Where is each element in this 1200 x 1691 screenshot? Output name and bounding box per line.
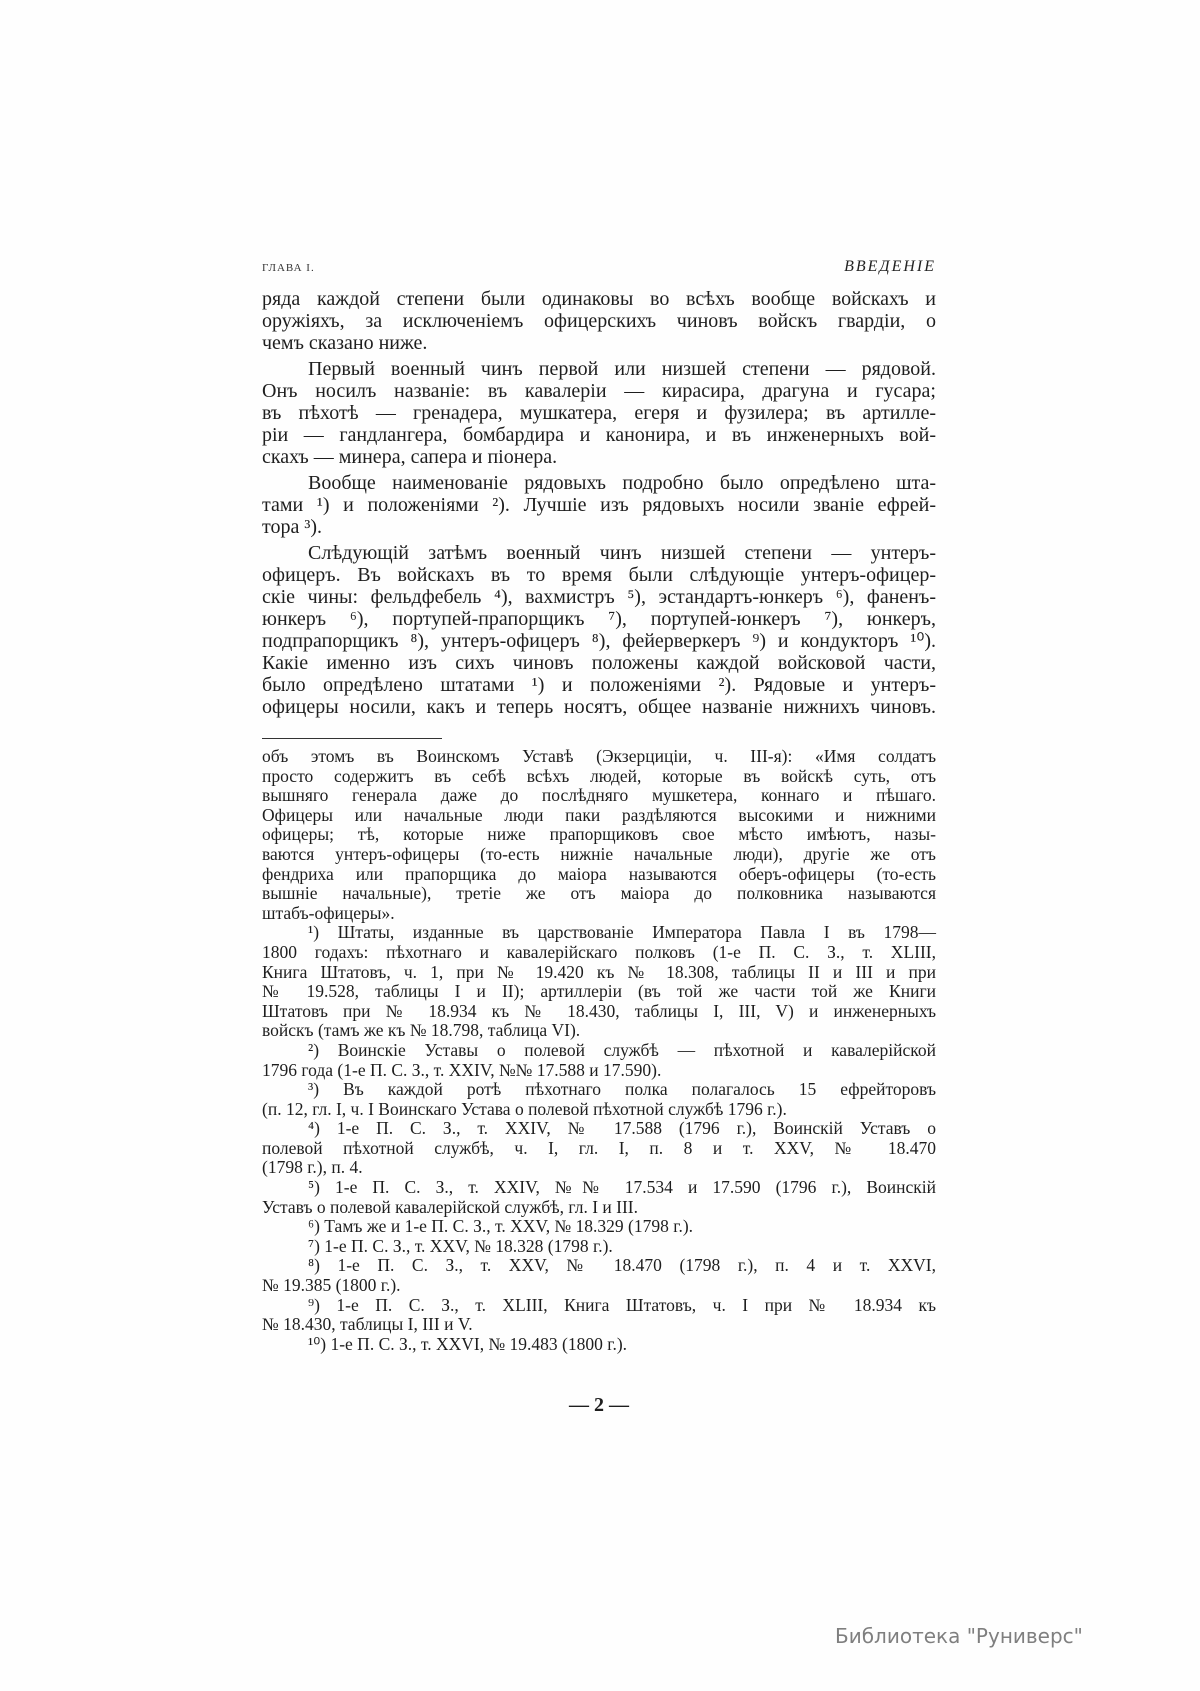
library-watermark: Библиотека "Руниверс": [835, 1624, 1083, 1648]
footnote-line: ваются унтеръ-офицеры (то-есть нижнiе на…: [262, 845, 936, 865]
footnote-7: ⁷) 1-е П. С. З., т. XXV, № 18.328 (1798 …: [262, 1237, 936, 1257]
footnote-line: Книга Штатовъ, ч. 1, при № 19.420 къ № 1…: [262, 963, 936, 983]
text-line: было опредѣлено штатами ¹) и положенiями…: [262, 674, 936, 696]
text-line: Какiе именно изъ сихъ чиновъ положены ка…: [262, 652, 936, 674]
text-line: Слѣдующiй затѣмъ военный чинъ низшей сте…: [262, 542, 936, 564]
footnote-line: офицеры; тѣ, которые ниже прапорщиковъ с…: [262, 825, 936, 845]
footnote-line: просто содержитъ въ себѣ всѣхъ людей, ко…: [262, 767, 936, 787]
text-line: офицеры носили, какъ и теперь носятъ, об…: [262, 696, 936, 718]
footnote-1: ¹) Штаты, изданные въ царствованiе Импер…: [262, 923, 936, 943]
footnote-line: полевой пѣхотной службѣ, ч. I, гл. I, п.…: [262, 1139, 936, 1159]
footnote-line: объ этомъ въ Воинскомъ Уставѣ (Экзерцицi…: [262, 747, 936, 767]
footnote-line: штабъ-офицеры».: [262, 904, 936, 924]
text-line: скiе чины: фельдфебель ⁴), вахмистръ ⁵),…: [262, 586, 936, 608]
text-line: офицеръ. Въ войскахъ въ то время были сл…: [262, 564, 936, 586]
text-line: подпрапорщикъ ⁸), унтеръ-офицеръ ⁸), фей…: [262, 630, 936, 652]
page-number: — 2 —: [262, 1394, 936, 1417]
text-line: чемъ сказано ниже.: [262, 332, 936, 354]
footnote-line: 1800 годахъ: пѣхотнаго и кавалерiйскаго …: [262, 943, 936, 963]
text-line: тора ³).: [262, 516, 936, 538]
footnote-9: ⁹) 1-е П. С. З., т. XLIII, Книга Штатовъ…: [262, 1296, 936, 1316]
chapter-label: ГЛАВА I.: [262, 262, 315, 274]
main-text: ряда каждой степени были одинаковы во вс…: [262, 288, 936, 718]
section-title: ВВЕДЕНIЕ: [844, 258, 936, 276]
footnote-3: ³) Въ каждой ротѣ пѣхотнаго полка полага…: [262, 1080, 936, 1100]
footnote-line: (1798 г.), п. 4.: [262, 1158, 936, 1178]
text-line: скахъ — минера, сапера и пiонера.: [262, 446, 936, 468]
footnote-4: ⁴) 1-е П. С. З., т. XXIV, № 17.588 (1796…: [262, 1119, 936, 1139]
footnote-line: 1796 года (1-е П. С. З., т. XXIV, №№ 17.…: [262, 1061, 936, 1081]
footnote-line: Офицеры или начальные люди паки раздѣляю…: [262, 806, 936, 826]
text-line: Онъ носилъ названiе: въ кавалерiи — кира…: [262, 380, 936, 402]
text-line: въ пѣхотѣ — гренадера, мушкатера, егеря …: [262, 402, 936, 424]
footnote-divider: [262, 738, 442, 739]
footnote-2: ²) Воинскiе Уставы о полевой службѣ — пѣ…: [262, 1041, 936, 1061]
footnote-6: ⁶) Тамъ же и 1-е П. С. З., т. XXV, № 18.…: [262, 1217, 936, 1237]
footnote-line: фендриха или прапорщика до маiора называ…: [262, 865, 936, 885]
footnote-line: № 19.528, таблицы I и II); артиллерiи (в…: [262, 982, 936, 1002]
footnote-5: ⁵) 1-е П. С. З., т. XXIV, №№ 17.534 и 17…: [262, 1178, 936, 1198]
text-line: ряда каждой степени были одинаковы во вс…: [262, 288, 936, 310]
text-line: оружiяхъ, за исключенiемъ офицерскихъ чи…: [262, 310, 936, 332]
footnote-line: вышняго генерала даже до послѣдняго мушк…: [262, 786, 936, 806]
footnote-line: № 19.385 (1800 г.).: [262, 1276, 936, 1296]
footnote-line: № 18.430, таблицы I, III и V.: [262, 1315, 936, 1335]
text-line: юнкеръ ⁶), портупей-прапорщикъ ⁷), порту…: [262, 608, 936, 630]
footnotes: объ этомъ въ Воинскомъ Уставѣ (Экзерцицi…: [262, 747, 936, 1354]
book-page: ГЛАВА I. ВВЕДЕНIЕ ряда каждой степени бы…: [262, 258, 936, 1354]
footnote-8: ⁸) 1-е П. С. З., т. XXV, № 18.470 (1798 …: [262, 1256, 936, 1276]
footnote-line: (п. 12, гл. I, ч. I Воинскаго Устава о п…: [262, 1100, 936, 1120]
footnote-line: Уставъ о полевой кавалерiйской службѣ, г…: [262, 1198, 936, 1218]
footnote-line: Штатовъ при № 18.934 къ № 18.430, таблиц…: [262, 1002, 936, 1022]
text-line: рiи — гандлангера, бомбардира и канонира…: [262, 424, 936, 446]
footnote-10: ¹⁰) 1-е П. С. З., т. XXVI, № 19.483 (180…: [262, 1335, 936, 1355]
text-line: Первый военный чинъ первой или низшей ст…: [262, 358, 936, 380]
running-header: ГЛАВА I. ВВЕДЕНIЕ: [262, 258, 936, 280]
footnote-line: вышнiе начальные), третiе же отъ маiора …: [262, 884, 936, 904]
footnote-line: войскъ (тамъ же къ № 18.798, таблица VI)…: [262, 1021, 936, 1041]
text-line: тами ¹) и положенiями ²). Лучшiе изъ ряд…: [262, 494, 936, 516]
text-line: Вообще наименованiе рядовыхъ подробно бы…: [262, 472, 936, 494]
